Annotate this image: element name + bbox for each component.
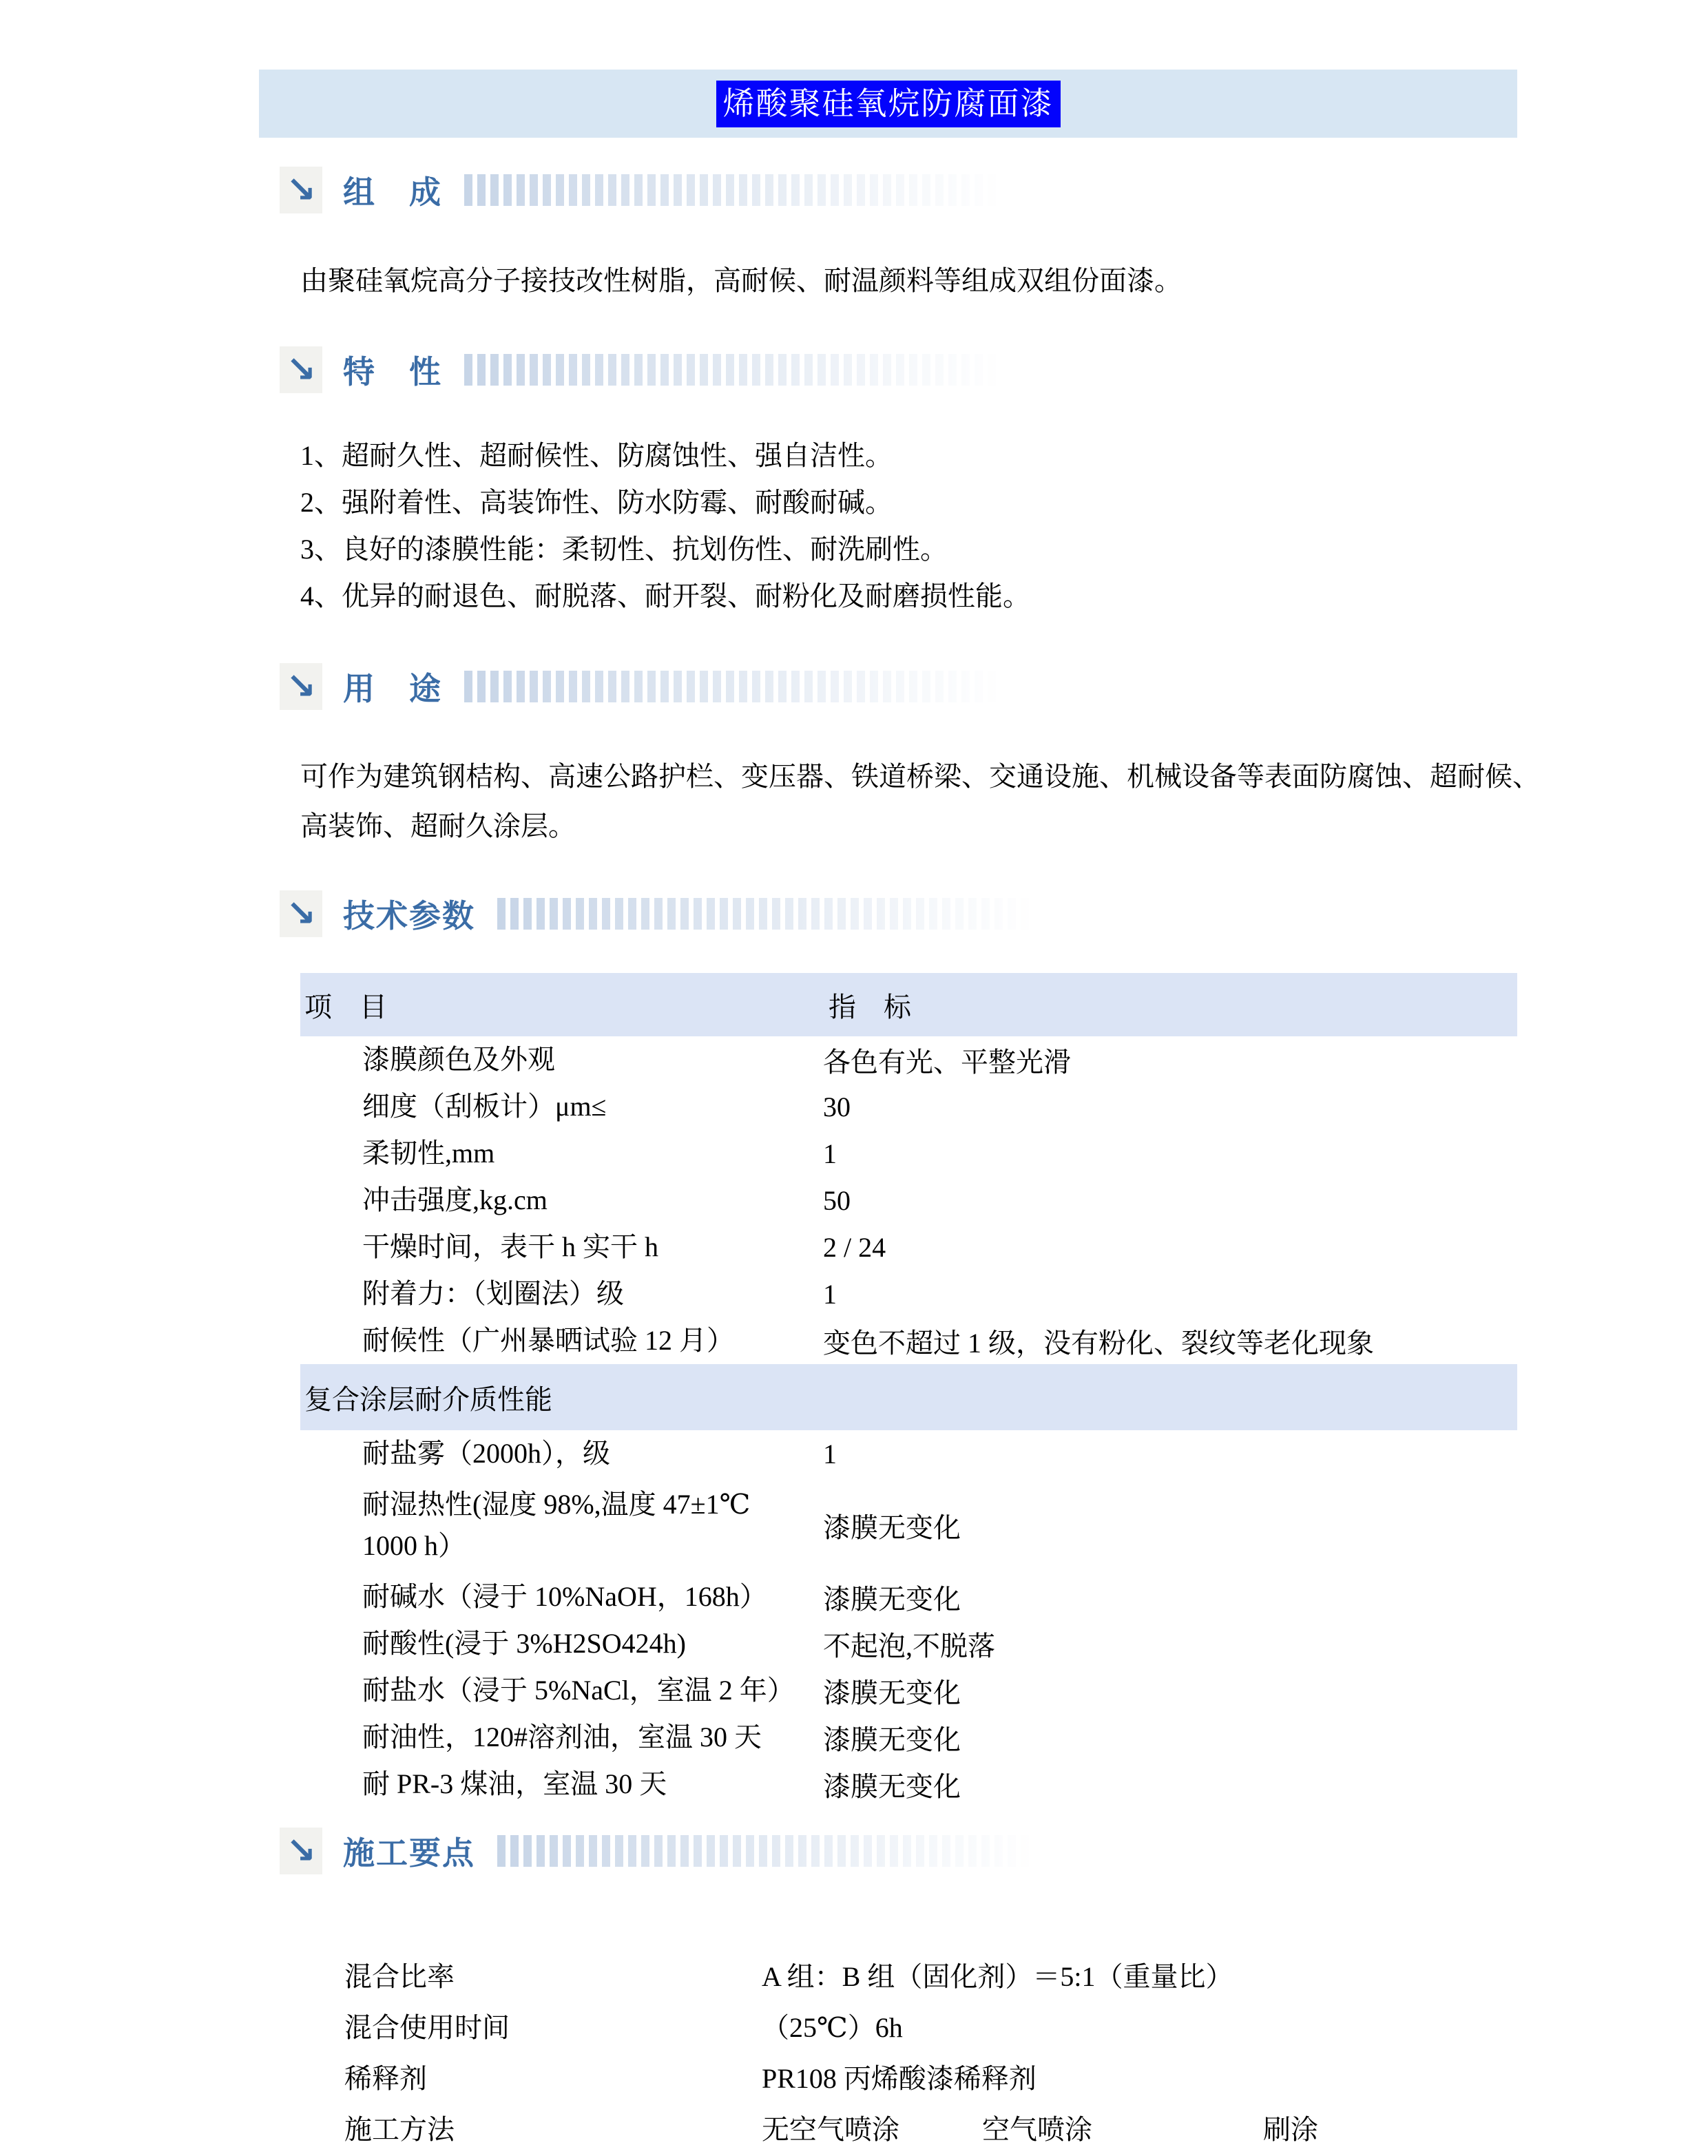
section-title: 特 性 bbox=[343, 347, 442, 393]
app-label: 施工方法 bbox=[344, 2108, 762, 2147]
app-value: 无空气喷涂 bbox=[762, 2108, 899, 2147]
arrow-down-right-icon: ↘ bbox=[280, 1828, 322, 1874]
arrow-down-right-icon: ↘ bbox=[280, 890, 322, 937]
table-row: 冲击强度,kg.cm 50 bbox=[300, 1177, 1517, 1224]
app-label: 混合比率 bbox=[344, 1955, 762, 1994]
param-label: 耐湿热性(湿度 98%,温度 47±1℃ 1000 h） bbox=[300, 1484, 823, 1567]
section-header-composition: ↘ 组 成 bbox=[280, 165, 1022, 215]
app-value: A 组：B 组（固化剂）＝5:1（重量比） bbox=[762, 1955, 1233, 1994]
param-value: 1 bbox=[823, 1138, 1517, 1170]
header-stripe-decoration bbox=[464, 174, 1022, 206]
app-value: 空气喷涂 bbox=[982, 2108, 1092, 2147]
table-row: 耐酸性(浸于 3%H2SO424h) 不起泡,不脱落 bbox=[300, 1620, 1517, 1667]
param-label: 耐碱水（浸于 10%NaOH，168h） bbox=[300, 1576, 823, 1618]
param-label: 耐油性，120#溶剂油，室温 30 天 bbox=[300, 1717, 823, 1758]
list-item: 1、超耐久性、超耐候性、防腐蚀性、强自洁性。 bbox=[300, 432, 1030, 479]
table-row: 干燥时间，表干 h 实干 h 2 / 24 bbox=[300, 1224, 1517, 1270]
param-value: 各色有光、平整光滑 bbox=[823, 1040, 1517, 1080]
section-title: 技术参数 bbox=[343, 891, 475, 936]
param-label: 漆膜颜色及外观 bbox=[300, 1039, 823, 1080]
table-row: 耐候性（广州暴晒试验 12 月） 变色不超过 1 级，没有粉化、裂纹等老化现象 bbox=[300, 1317, 1517, 1364]
param-label: 耐盐水（浸于 5%NaCl，室温 2 年） bbox=[300, 1670, 823, 1711]
param-label: 冲击强度,kg.cm bbox=[300, 1180, 823, 1221]
param-value: 变色不超过 1 级，没有粉化、裂纹等老化现象 bbox=[823, 1321, 1517, 1361]
column-header-spec: 指 标 bbox=[823, 985, 1517, 1025]
app-value: PR108 丙烯酸漆稀释剂 bbox=[762, 2057, 1037, 2096]
section-header-tech-params: ↘ 技术参数 bbox=[280, 889, 1055, 939]
param-label: 耐盐雾（2000h），级 bbox=[300, 1433, 823, 1474]
section-title: 组 成 bbox=[343, 167, 442, 213]
section-title: 用 途 bbox=[343, 664, 442, 709]
param-value: 漆膜无变化 bbox=[823, 1671, 1517, 1710]
table-row: 耐湿热性(湿度 98%,温度 47±1℃ 1000 h） 漆膜无变化 bbox=[300, 1477, 1517, 1573]
header-stripe-decoration bbox=[464, 671, 1022, 702]
header-stripe-decoration bbox=[497, 1835, 1055, 1867]
app-label: 稀释剂 bbox=[344, 2057, 762, 2096]
param-value: 30 bbox=[823, 1091, 1517, 1123]
features-list: 1、超耐久性、超耐候性、防腐蚀性、强自洁性。 2、强附着性、高装饰性、防水防霉、… bbox=[300, 432, 1030, 620]
usage-body: 可作为建筑钢桔构、高速公路护栏、变压器、铁道桥梁、交通设施、机械设备等表面防腐蚀… bbox=[300, 752, 1540, 851]
table-row: 耐盐水（浸于 5%NaCl，室温 2 年） 漆膜无变化 bbox=[300, 1667, 1517, 1714]
table-header-row: 项 目 指 标 bbox=[300, 973, 1517, 1036]
table-row: 漆膜颜色及外观 各色有光、平整光滑 bbox=[300, 1036, 1517, 1083]
header-stripe-decoration bbox=[464, 354, 1022, 386]
param-value: 漆膜无变化 bbox=[823, 1765, 1517, 1804]
page-title: 烯酸聚硅氧烷防腐面漆 bbox=[716, 81, 1061, 127]
param-value: 2 / 24 bbox=[823, 1231, 1517, 1264]
table-row: 耐油性，120#溶剂油，室温 30 天 漆膜无变化 bbox=[300, 1714, 1517, 1761]
app-value: （25℃）6h bbox=[762, 2006, 903, 2045]
application-row: 施工方法 无空气喷涂 空气喷涂 刷涂 bbox=[344, 2102, 1556, 2153]
app-value: 刷涂 bbox=[1263, 2108, 1318, 2147]
section-header-features: ↘ 特 性 bbox=[280, 345, 1022, 395]
application-row: 混合比率 A 组：B 组（固化剂）＝5:1（重量比） bbox=[344, 1949, 1556, 2000]
application-rows: 混合比率 A 组：B 组（固化剂）＝5:1（重量比） 混合使用时间 （25℃）6… bbox=[344, 1949, 1556, 2153]
param-value: 漆膜无变化 bbox=[823, 1506, 1517, 1545]
param-label: 干燥时间，表干 h 实干 h bbox=[300, 1226, 823, 1268]
param-value: 1 bbox=[823, 1438, 1517, 1470]
param-value: 不起泡,不脱落 bbox=[823, 1624, 1517, 1664]
list-item: 2、强附着性、高装饰性、防水防霉、耐酸耐碱。 bbox=[300, 479, 1030, 526]
section-title: 施工要点 bbox=[343, 1828, 475, 1874]
composition-body: 由聚硅氧烷高分子接技改性树脂，高耐候、耐温颜料等组成双组份面漆。 bbox=[300, 256, 1540, 306]
table-subheader-row: 复合涂层耐介质性能 bbox=[300, 1364, 1517, 1430]
param-value: 漆膜无变化 bbox=[823, 1718, 1517, 1757]
arrow-down-right-icon: ↘ bbox=[280, 663, 322, 710]
section-header-usage: ↘ 用 途 bbox=[280, 662, 1022, 711]
param-label: 耐酸性(浸于 3%H2SO424h) bbox=[300, 1623, 823, 1664]
application-row: 混合使用时间 （25℃）6h bbox=[344, 2000, 1556, 2051]
column-header-item: 项 目 bbox=[300, 985, 823, 1025]
param-value: 1 bbox=[823, 1278, 1517, 1310]
table-row: 细度（刮板计）μm≤ 30 bbox=[300, 1083, 1517, 1130]
param-label: 耐候性（广州暴晒试验 12 月） bbox=[300, 1320, 823, 1361]
param-value: 漆膜无变化 bbox=[823, 1578, 1517, 1617]
param-label: 附着力：（划圈法）级 bbox=[300, 1273, 823, 1315]
param-label: 柔韧性,mm bbox=[300, 1133, 823, 1174]
title-banner: 烯酸聚硅氧烷防腐面漆 bbox=[259, 70, 1517, 138]
tech-params-table: 项 目 指 标 漆膜颜色及外观 各色有光、平整光滑 细度（刮板计）μm≤ 30 … bbox=[300, 973, 1517, 1808]
table-row: 耐 PR-3 煤油，室温 30 天 漆膜无变化 bbox=[300, 1761, 1517, 1808]
arrow-down-right-icon: ↘ bbox=[280, 167, 322, 213]
table-row: 耐盐雾（2000h），级 1 bbox=[300, 1430, 1517, 1477]
arrow-down-right-icon: ↘ bbox=[280, 346, 322, 393]
table-row: 附着力：（划圈法）级 1 bbox=[300, 1270, 1517, 1317]
table-row: 柔韧性,mm 1 bbox=[300, 1130, 1517, 1177]
list-item: 4、优异的耐退色、耐脱落、耐开裂、耐粉化及耐磨损性能。 bbox=[300, 573, 1030, 620]
param-value: 50 bbox=[823, 1184, 1517, 1217]
header-stripe-decoration bbox=[497, 898, 1055, 930]
section-header-application: ↘ 施工要点 bbox=[280, 1826, 1055, 1876]
param-label: 细度（刮板计）μm≤ bbox=[300, 1086, 823, 1127]
application-row: 稀释剂 PR108 丙烯酸漆稀释剂 bbox=[344, 2051, 1556, 2102]
list-item: 3、良好的漆膜性能：柔韧性、抗划伤性、耐洗刷性。 bbox=[300, 526, 1030, 573]
app-label: 混合使用时间 bbox=[344, 2006, 762, 2045]
table-row: 耐碱水（浸于 10%NaOH，168h） 漆膜无变化 bbox=[300, 1573, 1517, 1620]
param-label: 耐 PR-3 煤油，室温 30 天 bbox=[300, 1763, 823, 1805]
